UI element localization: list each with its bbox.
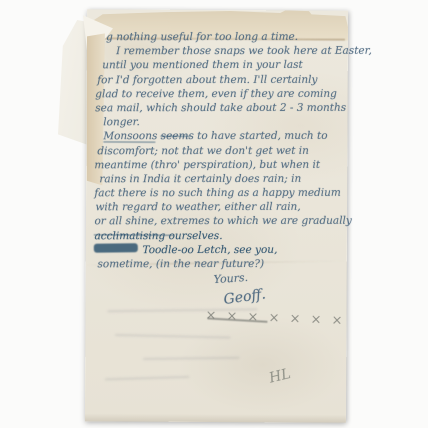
crossed-out-words: [94, 243, 138, 253]
ink-showthrough: [143, 357, 239, 359]
letter-photograph: g nothing useful for too long a time. I …: [0, 0, 428, 428]
handwritten-line: for I'd forgotten about them. I'll certa…: [97, 72, 342, 87]
handwritten-line: until you mentioned them in your last: [102, 58, 342, 73]
pencil-initials: HL: [268, 366, 293, 387]
paper-bottom-shadow: [85, 413, 346, 422]
letter-paper: g nothing useful for too long a time. I …: [85, 9, 348, 422]
seems-strikethrough-mark: [160, 136, 190, 138]
valediction: Yours.: [213, 271, 248, 286]
handwritten-line: sometime, (in the near future?): [98, 257, 343, 272]
ink-showthrough: [115, 334, 230, 338]
handwritten-line: rains in India it certainly does rain; i…: [99, 172, 342, 187]
handwritten-line: fact there is no such thing as a happy m…: [94, 186, 342, 201]
handwritten-line: with regard to weather, either all rain,: [95, 200, 342, 215]
handwritten-line: g nothing useful for too long a time.: [106, 30, 342, 45]
handwritten-line: I remember those snaps we took here at E…: [116, 44, 342, 59]
handwritten-line: Toodle-oo Letch, see you,: [143, 243, 343, 258]
handwritten-line: longer.: [103, 115, 342, 130]
handwritten-line: sea mail, which should take about 2 - 3 …: [95, 101, 342, 116]
handwritten-line: meantime (thro' perspiration), but when …: [94, 157, 342, 172]
signature: Geoff.: [223, 286, 267, 308]
ink-showthrough: [105, 376, 189, 379]
handwritten-line: discomfort; not that we don't get wet in: [97, 143, 342, 158]
handwritten-line: or all shine, extremes to which we are g…: [94, 214, 342, 229]
handwritten-line: glad to receive them, even if they are c…: [95, 87, 342, 102]
